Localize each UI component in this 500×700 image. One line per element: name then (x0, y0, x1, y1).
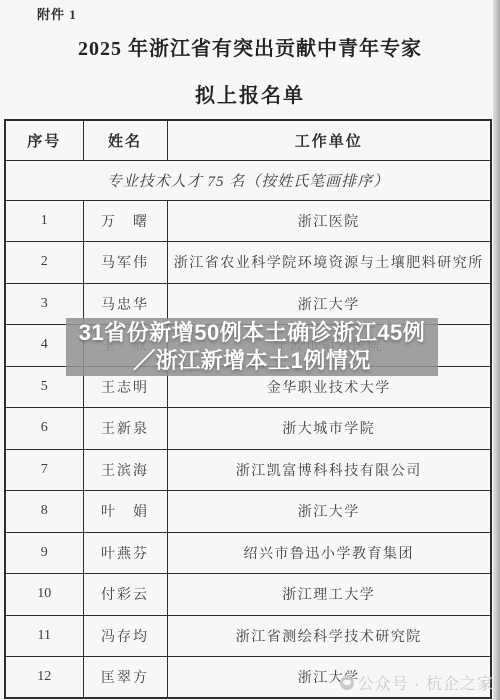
row-no: 12 (5, 657, 83, 699)
row-unit: 浙江大学 (167, 491, 491, 533)
watermark-text: 公众号 · 杭企之家 (358, 671, 494, 694)
table-header-row: 序号 姓名 工作单位 (5, 120, 491, 160)
row-name: 匡翠方 (83, 657, 167, 699)
row-name: 叶燕芬 (83, 532, 167, 574)
row-no: 11 (5, 615, 83, 657)
document-title-line-2: 拟上报名单 (0, 79, 500, 108)
table-row: 11 冯存均 浙江省测绘科学技术研究院 (5, 615, 491, 657)
row-unit: 浙江医院 (167, 200, 491, 242)
overlay-line-1: 31省份新增50例本土确诊浙江45例 (79, 319, 425, 347)
row-unit: 浙江省农业科学院环境资源与土壤肥料研究所 (167, 242, 491, 284)
row-unit: 浙江凯富博科科技有限公司 (167, 449, 491, 491)
row-name: 万 曙 (83, 200, 167, 242)
table-row: 7 王滨海 浙江凯富博科科技有限公司 (5, 449, 491, 491)
table-row: 6 王新泉 浙大城市学院 (5, 408, 491, 450)
news-caption-overlay: 31省份新增50例本土确诊浙江45例 ／浙江新增本土1例情况 (66, 318, 438, 376)
column-header-no: 序号 (5, 120, 83, 160)
row-name: 付彩云 (83, 574, 167, 616)
attachment-label: 附件 1 (37, 4, 77, 23)
row-name: 马军伟 (83, 242, 167, 284)
column-header-unit: 工作单位 (167, 120, 491, 160)
row-name: 冯存均 (83, 615, 167, 657)
roster-table: 序号 姓名 工作单位 专业技术人才 75 名（按姓氏笔画排序） 1 万 曙 浙江… (4, 119, 492, 699)
row-no: 9 (5, 532, 83, 574)
row-name: 叶 娟 (83, 491, 167, 533)
row-unit: 浙江省测绘科学技术研究院 (167, 615, 491, 657)
row-name: 王新泉 (83, 408, 167, 450)
table-row: 2 马军伟 浙江省农业科学院环境资源与土壤肥料研究所 (5, 242, 491, 284)
row-no: 10 (5, 574, 83, 616)
row-no: 6 (5, 408, 83, 450)
row-no: 7 (5, 449, 83, 491)
row-unit: 绍兴市鲁迅小学教育集团 (167, 532, 491, 574)
document-page: 附件 1 2025 年浙江省有突出贡献中青年专家 拟上报名单 序号 姓名 工作单… (0, 0, 500, 700)
row-no: 8 (5, 491, 83, 533)
group-header: 专业技术人才 75 名（按姓氏笔画排序） (5, 160, 491, 200)
table-row: 1 万 曙 浙江医院 (5, 200, 491, 242)
row-no: 2 (5, 242, 83, 284)
row-name: 王滨海 (83, 449, 167, 491)
table-row: 8 叶 娟 浙江大学 (5, 491, 491, 533)
table-row: 9 叶燕芬 绍兴市鲁迅小学教育集团 (5, 532, 491, 574)
table-row: 10 付彩云 浙江理工大学 (5, 574, 491, 616)
column-header-name: 姓名 (83, 120, 167, 160)
group-header-row: 专业技术人才 75 名（按姓氏笔画排序） (5, 160, 491, 200)
row-unit: 浙江理工大学 (167, 574, 491, 616)
row-no: 1 (5, 200, 83, 242)
document-title-line-1: 2025 年浙江省有突出贡献中青年专家 (0, 32, 500, 61)
watermark: 公众号 · 杭企之家 (340, 671, 494, 694)
row-unit: 浙大城市学院 (167, 408, 491, 450)
wechat-official-account-icon (340, 676, 354, 690)
overlay-line-2: ／浙江新增本土1例情况 (133, 347, 371, 375)
